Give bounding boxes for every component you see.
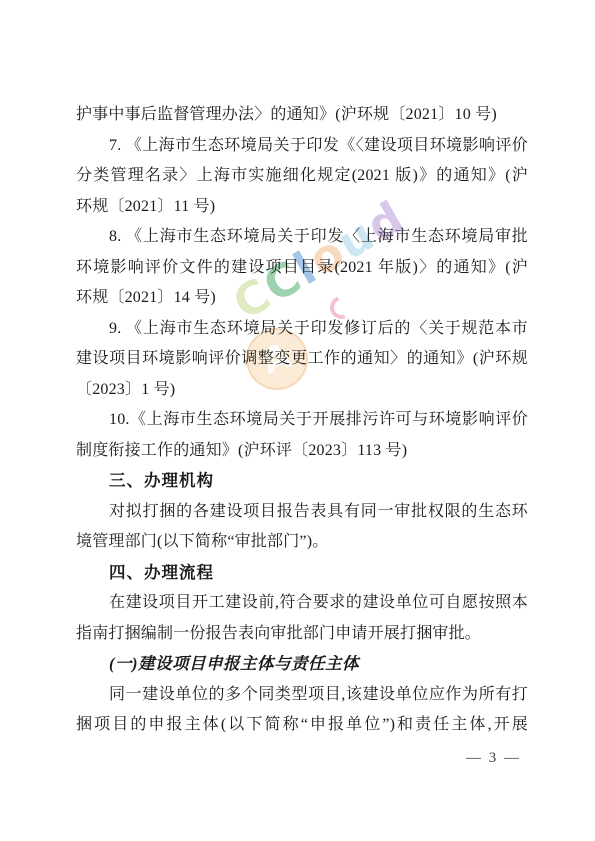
page-number: — 3 — [466, 749, 521, 767]
text-line: 指南打捆编制一份报告表向审批部门申请开展打捆审批。 [76, 619, 528, 650]
text-line: 捆项目的申报主体(以下简称“申报单位”)和责任主体,开展 [76, 710, 528, 741]
text-line: 对拟打捆的各建设项目报告表具有同一审批权限的生态环 [76, 497, 528, 528]
text-line: 建设项目环境影响评价调整变更工作的通知〉的通知》(沪环规 [76, 344, 528, 375]
sub-section-heading: (一)建设项目申报主体与责任主体 [76, 649, 528, 680]
text-line: 7. 《上海市生态环境局关于印发《〈建设项目环境影响评价 [76, 131, 528, 162]
text-line: 〔2023〕1 号) [76, 375, 528, 406]
text-line: 9. 《上海市生态环境局关于印发修订后的〈关于规范本市 [76, 314, 528, 345]
text-line: 护事中事后监督管理办法〉的通知》(沪环规〔2021〕10 号) [76, 100, 528, 131]
section-heading: 三、办理机构 [76, 466, 528, 497]
document-page: CCloud A 护事中事后监督管理办法〉的通知》(沪环规〔2021〕10 号)… [0, 0, 595, 841]
text-line: 制度衔接工作的通知》(沪环评〔2023〕113 号) [76, 436, 528, 467]
text-line: 环规〔2021〕11 号) [76, 192, 528, 223]
text-line: 分类管理名录〉上海市实施细化规定(2021 版)》的通知》(沪 [76, 161, 528, 192]
text-line: 在建设项目开工建设前,符合要求的建设单位可自愿按照本 [76, 588, 528, 619]
text-line: 环规〔2021〕14 号) [76, 283, 528, 314]
section-heading: 四、办理流程 [76, 558, 528, 589]
text-line: 境管理部门(以下简称“审批部门”)。 [76, 527, 528, 558]
text-line: 同一建设单位的多个同类型项目,该建设单位应作为所有打 [76, 680, 528, 711]
text-line: 8. 《上海市生态环境局关于印发〈上海市生态环境局审批 [76, 222, 528, 253]
text-line: 环境影响评价文件的建设项目目录(2021 年版)〉的通知》(沪 [76, 253, 528, 284]
document-body: 护事中事后监督管理办法〉的通知》(沪环规〔2021〕10 号) 7. 《上海市生… [76, 100, 528, 741]
text-line: 10.《上海市生态环境局关于开展排污许可与环境影响评价 [76, 405, 528, 436]
